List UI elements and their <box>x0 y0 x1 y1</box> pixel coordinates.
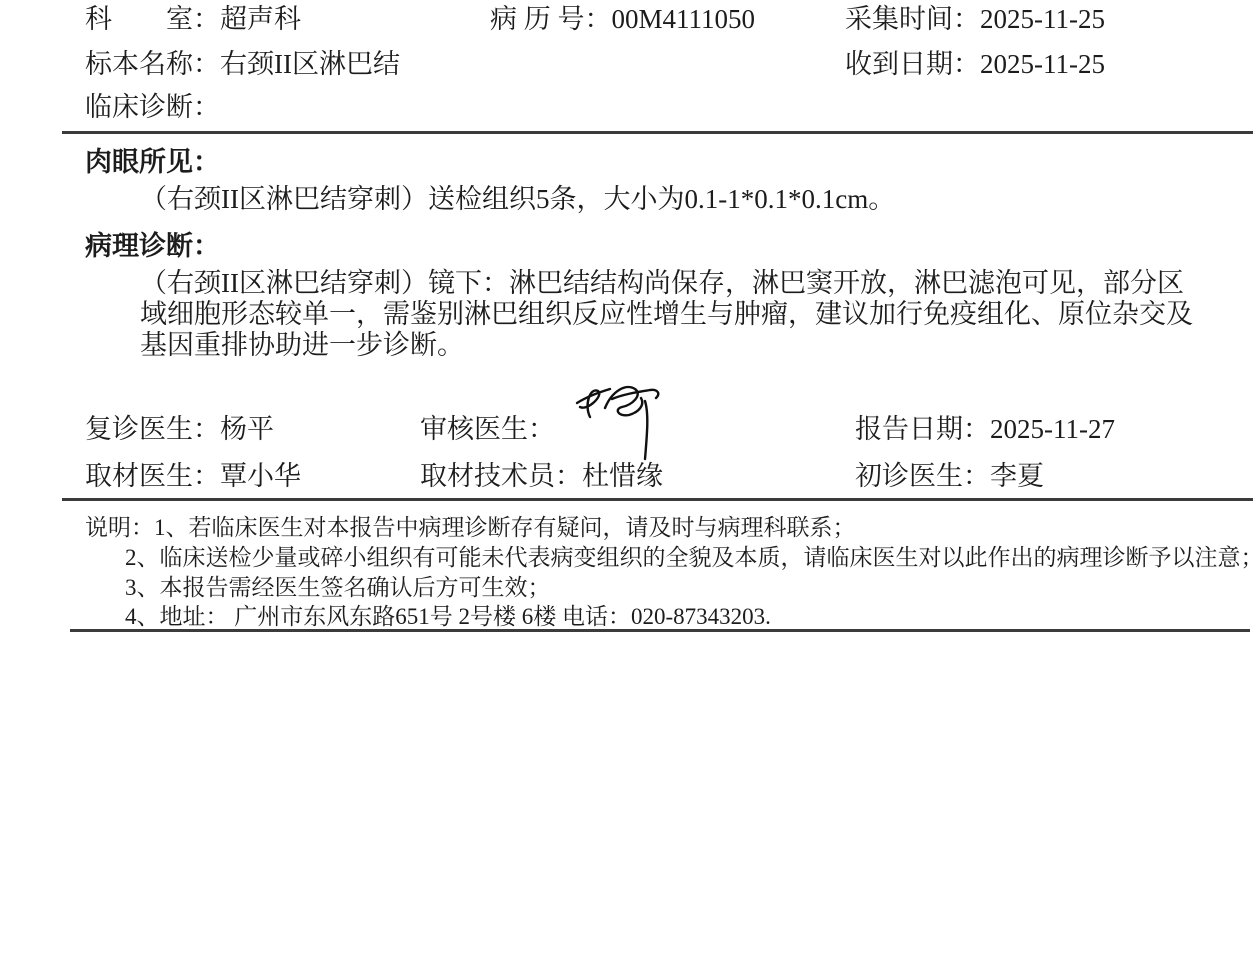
divider-top <box>62 131 1253 134</box>
notes-item: 3、本报告需经医生签名确认后方可生效； <box>125 575 551 601</box>
field-sampling-doctor-value: 覃小华 <box>220 461 301 491</box>
field-report-date-value: 2025-11-27 <box>990 414 1115 444</box>
notes-line-1: 说明：1、若临床医生对本报告中病理诊断存有疑问，请及时与病理科联系； <box>85 515 856 541</box>
notes-label: 说明： <box>85 515 154 540</box>
field-received-date: 收到日期：2025-11-25 <box>845 49 1105 80</box>
divider-middle <box>62 498 1253 501</box>
field-received-date-label: 收到日期： <box>845 49 980 79</box>
pathological-diagnosis-line: 基因重排协助进一步诊断。 <box>140 330 464 361</box>
field-audit-doctor: 审核医生： <box>420 414 555 445</box>
field-review-doctor-label: 复诊医生： <box>85 414 220 444</box>
field-sampling-doctor-label: 取材医生： <box>85 461 220 491</box>
field-report-date: 报告日期：2025-11-27 <box>855 414 1115 445</box>
field-department-value: 超声科 <box>220 4 301 34</box>
field-audit-doctor-label: 审核医生： <box>420 414 555 444</box>
field-initial-doctor-label: 初诊医生： <box>855 461 990 491</box>
field-collect-date-value: 2025-11-25 <box>980 4 1105 34</box>
field-department: 科 室：超声科 <box>85 4 301 35</box>
field-sampling-technician: 取材技术员：杜惜缘 <box>420 461 663 492</box>
field-record-no: 病 历 号：00M4111050 <box>490 4 755 35</box>
notes-item: 2、临床送检少量或碎小组织有可能未代表病变组织的全貌及本质，请临床医生对以此作出… <box>125 545 1260 571</box>
field-record-no-label: 病 历 号： <box>490 4 612 34</box>
gross-findings-text: （右颈II区淋巴结穿刺）送检组织5条，大小为0.1-1*0.1*0.1cm。 <box>140 184 895 215</box>
pathological-diagnosis-line: （右颈II区淋巴结穿刺）镜下：淋巴结结构尚保存，淋巴窦开放，淋巴滤泡可见，部分区 <box>140 268 1184 299</box>
field-review-doctor: 复诊医生：杨平 <box>85 414 274 445</box>
notes-item: 4、地址： 广州市东风东路651号 2号楼 6楼 电话：020-87343203… <box>125 604 771 630</box>
pathological-diagnosis-heading: 病理诊断： <box>85 231 220 262</box>
audit-doctor-signature <box>574 381 670 463</box>
gross-findings-heading: 肉眼所见： <box>85 147 220 178</box>
divider-bottom <box>70 629 1250 632</box>
field-clinical-diagnosis-label: 临床诊断： <box>85 92 220 122</box>
field-clinical-diagnosis: 临床诊断： <box>85 92 220 123</box>
field-sampling-doctor: 取材医生：覃小华 <box>85 461 301 492</box>
field-sampling-technician-value: 杜惜缘 <box>582 461 663 491</box>
field-specimen-label: 标本名称： <box>85 49 220 79</box>
field-specimen-value: 右颈II区淋巴结 <box>220 49 400 79</box>
pathological-diagnosis-line: 域细胞形态较单一，需鉴别淋巴组织反应性增生与肿瘤，建议加行免疫组化、原位杂交及 <box>140 299 1193 330</box>
field-record-no-value: 00M4111050 <box>612 4 756 34</box>
notes-item: 1、若临床医生对本报告中病理诊断存有疑问，请及时与病理科联系； <box>154 515 856 540</box>
field-collect-date-label: 采集时间： <box>845 4 980 34</box>
field-review-doctor-value: 杨平 <box>220 414 274 444</box>
field-initial-doctor: 初诊医生：李夏 <box>855 461 1044 492</box>
field-department-label: 科 室： <box>85 4 220 34</box>
field-collect-date: 采集时间：2025-11-25 <box>845 4 1105 35</box>
field-sampling-technician-label: 取材技术员： <box>420 461 582 491</box>
field-initial-doctor-value: 李夏 <box>990 461 1044 491</box>
pathology-report-document: 科 室：超声科 病 历 号：00M4111050 采集时间：2025-11-25… <box>0 0 1260 980</box>
field-report-date-label: 报告日期： <box>855 414 990 444</box>
field-received-date-value: 2025-11-25 <box>980 49 1105 79</box>
field-specimen: 标本名称：右颈II区淋巴结 <box>85 49 400 80</box>
